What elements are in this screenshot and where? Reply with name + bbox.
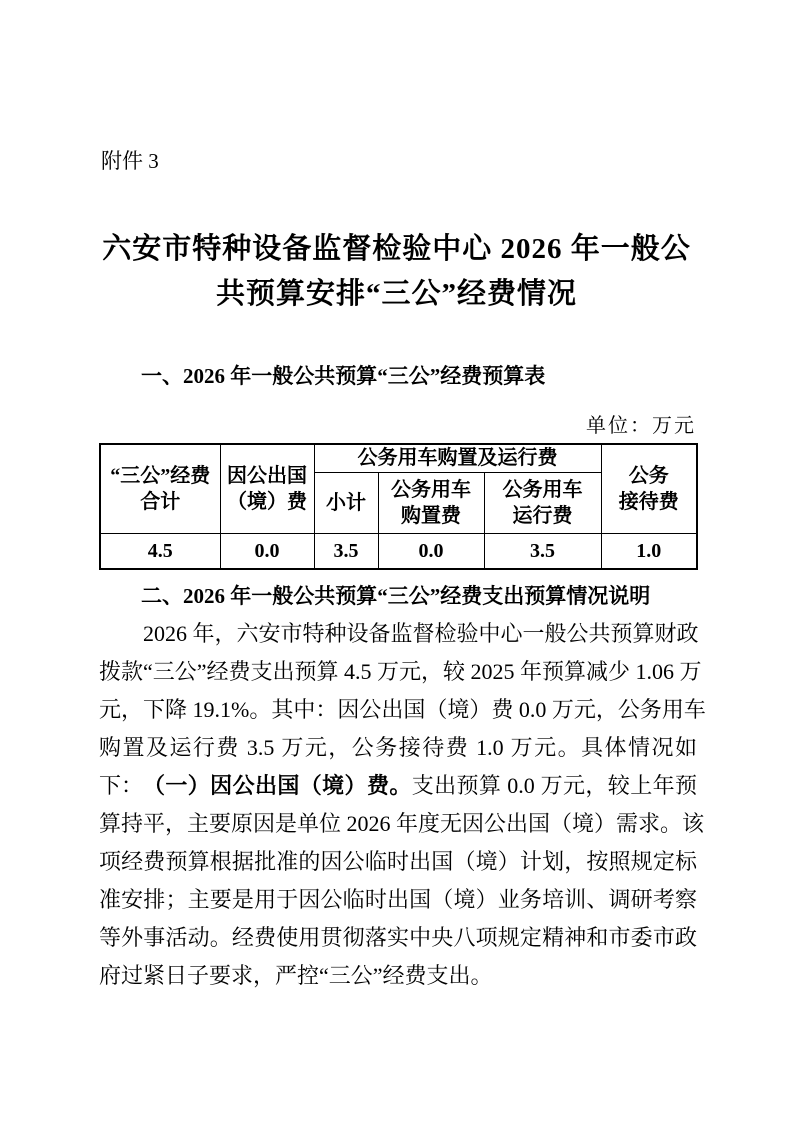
item1-line: 算持平，主要原因是单位 2026 年度无因公出国（境）需求。该	[99, 805, 697, 843]
item1-line: 府过紧日子要求，严控“三公”经费支出。	[99, 957, 697, 995]
header-cell-reception: 公务 接待费	[601, 444, 697, 533]
header-cell-vehicle-purchase: 公务用车 购置费	[378, 472, 484, 533]
intro-paragraph: 2026 年，六安市特种设备监督检验中心一般公共预算财政 拨款“三公”经费支出预…	[99, 615, 697, 767]
header-cell-total: “三公”经费 合计	[100, 444, 220, 533]
intro-line: 购置及运行费 3.5 万元，公务接待费 1.0 万元。具体情况如下：	[99, 729, 697, 767]
value-cell-abroad: 0.0	[220, 533, 314, 569]
item1-lead: （一）因公出国（境）费。	[143, 773, 412, 798]
header-vehicle-operation-line2: 运行费	[485, 503, 601, 529]
header-reception-line2: 接待费	[602, 489, 697, 515]
intro-line: 拨款“三公”经费支出预算 4.5 万元，较 2025 年预算减少 1.06 万	[99, 653, 697, 691]
header-vehicle-purchase-line1: 公务用车	[379, 477, 484, 503]
document-title-line1: 六安市特种设备监督检验中心 2026 年一般公	[0, 227, 793, 272]
header-total-line2: 合计	[101, 489, 220, 515]
value-cell-reception: 1.0	[601, 533, 697, 569]
section2-heading: 二、2026 年一般公共预算“三公”经费支出预算情况说明	[99, 581, 697, 611]
value-cell-vehicle-subtotal: 3.5	[314, 533, 378, 569]
document-page: 附件 3 六安市特种设备监督检验中心 2026 年一般公 共预算安排“三公”经费…	[0, 0, 793, 1122]
item1-line: （一）因公出国（境）费。支出预算 0.0 万元，较上年预	[99, 767, 697, 805]
item1-line: 项经费预算根据批准的因公临时出国（境）计划，按照规定标	[99, 843, 697, 881]
header-cell-vehicle-operation: 公务用车 运行费	[484, 472, 601, 533]
intro-line: 2026 年，六安市特种设备监督检验中心一般公共预算财政	[99, 615, 697, 653]
header-vehicle-purchase-line2: 购置费	[379, 503, 484, 529]
header-abroad-line1: 因公出国	[221, 463, 314, 489]
header-abroad-line2: （境）费	[221, 489, 314, 515]
value-cell-vehicle-operation: 3.5	[484, 533, 601, 569]
intro-line: 元，下降 19.1%。其中：因公出国（境）费 0.0 万元，公务用车	[99, 691, 697, 729]
value-cell-vehicle-purchase: 0.0	[378, 533, 484, 569]
table-value-row: 4.5 0.0 3.5 0.0 3.5 1.0	[100, 533, 697, 569]
document-title-line2: 共预算安排“三公”经费情况	[0, 272, 793, 317]
item1-line: 等外事活动。经费使用贯彻落实中央八项规定精神和市委市政	[99, 919, 697, 957]
header-total-line1: “三公”经费	[101, 463, 220, 489]
document-title: 六安市特种设备监督检验中心 2026 年一般公 共预算安排“三公”经费情况	[0, 227, 793, 317]
header-cell-abroad: 因公出国 （境）费	[220, 444, 314, 533]
section1-heading: 一、2026 年一般公共预算“三公”经费预算表	[99, 361, 697, 391]
header-reception-line1: 公务	[602, 463, 697, 489]
san-gong-budget-table: “三公”经费 合计 因公出国 （境）费 公务用车购置及运行费 公务 接待费 小计…	[99, 443, 698, 570]
attachment-label: 附件 3	[101, 146, 159, 176]
header-cell-vehicle-group: 公务用车购置及运行费	[314, 444, 601, 472]
header-cell-vehicle-subtotal: 小计	[314, 472, 378, 533]
header-vehicle-operation-line1: 公务用车	[485, 477, 601, 503]
value-cell-total: 4.5	[100, 533, 220, 569]
item1-line: 准安排；主要是用于因公临时出国（境）业务培训、调研考察	[99, 881, 697, 919]
item1-line1-rest: 支出预算 0.0 万元，较上年预	[412, 773, 697, 798]
item1-paragraph: （一）因公出国（境）费。支出预算 0.0 万元，较上年预 算持平，主要原因是单位…	[99, 767, 697, 995]
unit-note: 单位：万元	[586, 413, 696, 439]
